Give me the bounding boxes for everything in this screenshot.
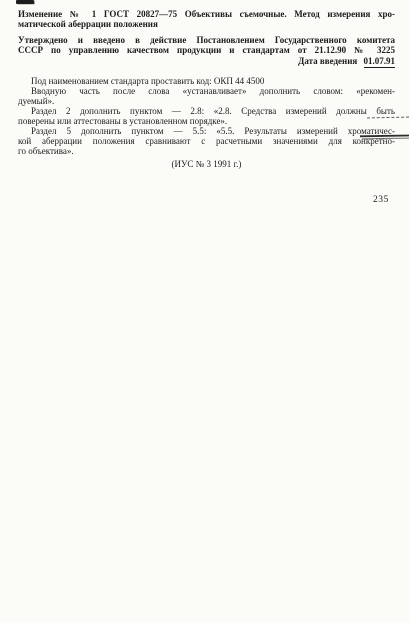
body-line: Раздел 2 дополнить пунктом — 2.8: «2.8. … [18, 106, 395, 116]
body-line: дуемый». [18, 96, 395, 106]
amendment-title-line: матической аберрации положения [18, 19, 395, 29]
pencil-strikethrough-mark [360, 135, 409, 140]
body-line: кой аберрации положения сравнивают с рас… [18, 136, 395, 146]
approval-statement: Утверждено и введено в действие Постанов… [18, 35, 395, 55]
document-text-block: Изменение № 1 ГОСТ 20827—75 Объективы съ… [18, 9, 395, 170]
amendment-title-line: Изменение № 1 ГОСТ 20827—75 Объективы съ… [18, 9, 395, 19]
body-line: Раздел 5 дополнить пунктом — 5.5: «5.5. … [18, 126, 395, 136]
approval-statement-line: Утверждено и введено в действие Постанов… [18, 35, 395, 45]
amendment-body: Под наименованием стандарта проставить к… [18, 76, 395, 156]
source-note: (ИУС № 3 1991 г.) [18, 159, 395, 170]
body-line: го объектива». [18, 146, 395, 156]
effective-date-label: Дата введения [298, 56, 357, 66]
body-line: Вводную часть после слова «устанавливает… [18, 86, 395, 96]
page-number: 235 [373, 195, 389, 206]
effective-date-value: 01.07.91 [364, 56, 396, 68]
scanned-document-page: Изменение № 1 ГОСТ 20827—75 Объективы съ… [0, 0, 409, 622]
approval-statement-line: СССР по управлению качеством продукции и… [18, 45, 395, 55]
body-line: Под наименованием стандарта проставить к… [18, 76, 395, 86]
amendment-title: Изменение № 1 ГОСТ 20827—75 Объективы съ… [18, 9, 395, 29]
body-line: поверены или аттестованы в установленном… [18, 116, 395, 126]
effective-date-line: Дата введения 01.07.91 [18, 56, 395, 66]
scan-artifact-mark [16, 0, 34, 4]
